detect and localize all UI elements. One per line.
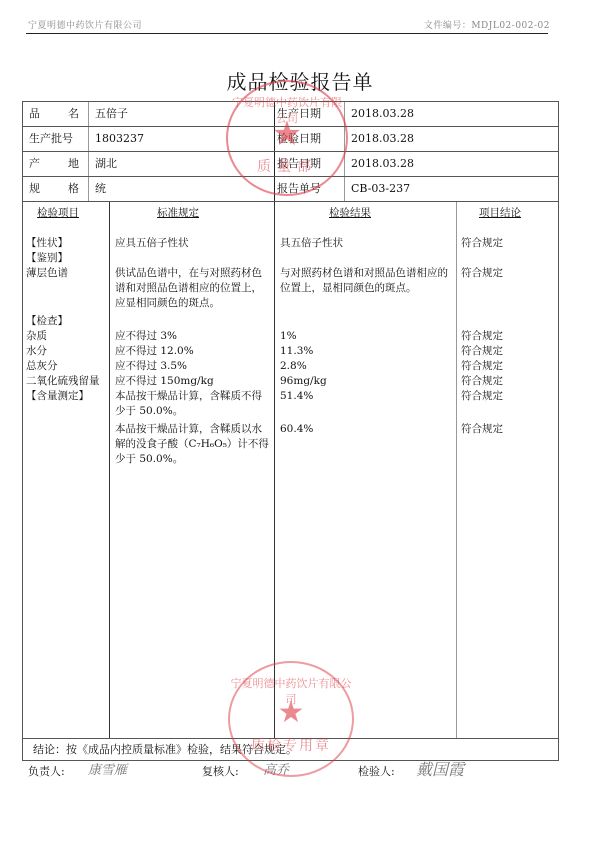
company-header: 宁夏明德中药饮片有限公司 [28, 18, 142, 31]
info-value-production-date: 2018.03.28 [344, 102, 551, 126]
result-cell-result: 51.4% [280, 389, 452, 404]
info-label: 规格 [29, 177, 79, 201]
result-cell-item: 二氧化硫残留量 [26, 374, 106, 389]
column-header-standard: 标准规定 [157, 205, 199, 220]
result-cell-item: 【检查】 [26, 314, 106, 329]
result-cell-result: 11.3% [280, 344, 452, 359]
result-cell-conclusion: 符合规定 [461, 374, 551, 389]
result-cell-standard: 应不得过 150mg/kg [115, 374, 271, 389]
info-label: 品名 [29, 102, 79, 126]
result-cell-conclusion: 符合规定 [461, 389, 551, 404]
result-cell-item: 【含量测定】 [26, 389, 106, 404]
results-section: 检验项目 标准规定 检验结果 项目结论 【性状】应具五倍子性状具五倍子性状符合规… [22, 201, 559, 738]
info-label: 报告单号 [274, 177, 343, 201]
info-row-batch: 生产批号 1803237 检验日期 2018.03.28 [22, 126, 559, 151]
column-header-conclusion: 项目结论 [479, 205, 521, 220]
result-cell-result: 96mg/kg [280, 374, 452, 389]
info-label: 产地 [29, 152, 79, 176]
result-cell-conclusion: 符合规定 [461, 266, 551, 281]
result-cell-standard: 本品按干燥品计算，含鞣质不得少于 50.0%。 [115, 389, 271, 419]
result-cell-conclusion: 符合规定 [461, 359, 551, 374]
result-cell-result: 2.8% [280, 359, 452, 374]
signature-inspector-label: 检验人: [358, 763, 395, 779]
result-cell-item: 杂质 [26, 329, 106, 344]
info-value-product-name: 五倍子 [88, 102, 280, 126]
result-cell-result: 1% [280, 329, 452, 344]
info-value-inspection-date: 2018.03.28 [344, 127, 551, 151]
result-cell-item: 水分 [26, 344, 106, 359]
report-table: 品名 五倍子 生产日期 2018.03.28 生产批号 1803237 检验日期… [22, 101, 559, 761]
info-label: 生产日期 [274, 102, 343, 126]
info-value-report-number: CB-03-237 [344, 177, 551, 201]
result-cell-standard: 应不得过 3.5% [115, 359, 271, 374]
info-value-report-date: 2018.03.28 [344, 152, 551, 176]
result-cell-standard: 应不得过 3% [115, 329, 271, 344]
result-cell-standard: 供试品色谱中，在与对照药材色谱和对照品色谱相应的位置上，应显相同颜色的斑点。 [115, 266, 271, 311]
info-label: 生产批号 [29, 127, 79, 151]
page-title: 成品检验报告单 [0, 66, 600, 95]
result-cell-result: 具五倍子性状 [280, 236, 452, 251]
result-cell-standard: 应具五倍子性状 [115, 236, 271, 251]
result-cell-standard: 应不得过 12.0% [115, 344, 271, 359]
signature-reviewer-label: 复核人: [202, 763, 239, 779]
info-value-batch-number: 1803237 [88, 127, 280, 151]
info-row-product: 品名 五倍子 生产日期 2018.03.28 [22, 101, 559, 126]
result-cell-result: 与对照药材色谱和对照品色谱相应的位置上，显相同颜色的斑点。 [280, 266, 452, 296]
info-label: 报告日期 [274, 152, 343, 176]
info-value-spec: 统 [88, 177, 280, 201]
info-value-origin: 湖北 [88, 152, 280, 176]
column-divider [274, 202, 275, 738]
result-cell-item: 【鉴别】 [26, 251, 106, 266]
column-divider [109, 202, 110, 738]
header-rule [26, 33, 548, 34]
result-cell-standard: 本品按干燥品计算，含鞣质以水解的没食子酸（C₇H₆O₅）计不得少于 50.0%。 [115, 422, 271, 467]
result-cell-conclusion: 符合规定 [461, 236, 551, 251]
result-cell-item: 薄层色谱 [26, 266, 106, 281]
result-cell-conclusion: 符合规定 [461, 344, 551, 359]
signature-reviewer: 高乔 [263, 759, 289, 778]
signature-inspector: 戴国霞 [416, 757, 464, 780]
conclusion-row: 结论：按《成品内控质量标准》检验，结果符合规定。 [22, 738, 559, 761]
info-row-spec: 规格 统 报告单号 CB-03-237 [22, 176, 559, 201]
column-header-result: 检验结果 [329, 205, 371, 220]
info-row-origin: 产地 湖北 报告日期 2018.03.28 [22, 151, 559, 176]
result-cell-conclusion: 符合规定 [461, 329, 551, 344]
result-cell-item: 总灰分 [26, 359, 106, 374]
info-label: 检验日期 [274, 127, 343, 151]
result-cell-conclusion: 符合规定 [461, 422, 551, 437]
signature-responsible-label: 负责人: [28, 763, 65, 779]
result-cell-item: 【性状】 [26, 236, 106, 251]
signature-responsible: 康雪雁 [88, 759, 127, 778]
document-number: 文件编号：MDJL02-002-02 [424, 18, 550, 31]
column-header-item: 检验项目 [37, 205, 79, 220]
result-cell-result: 60.4% [280, 422, 452, 437]
column-divider [456, 202, 457, 738]
